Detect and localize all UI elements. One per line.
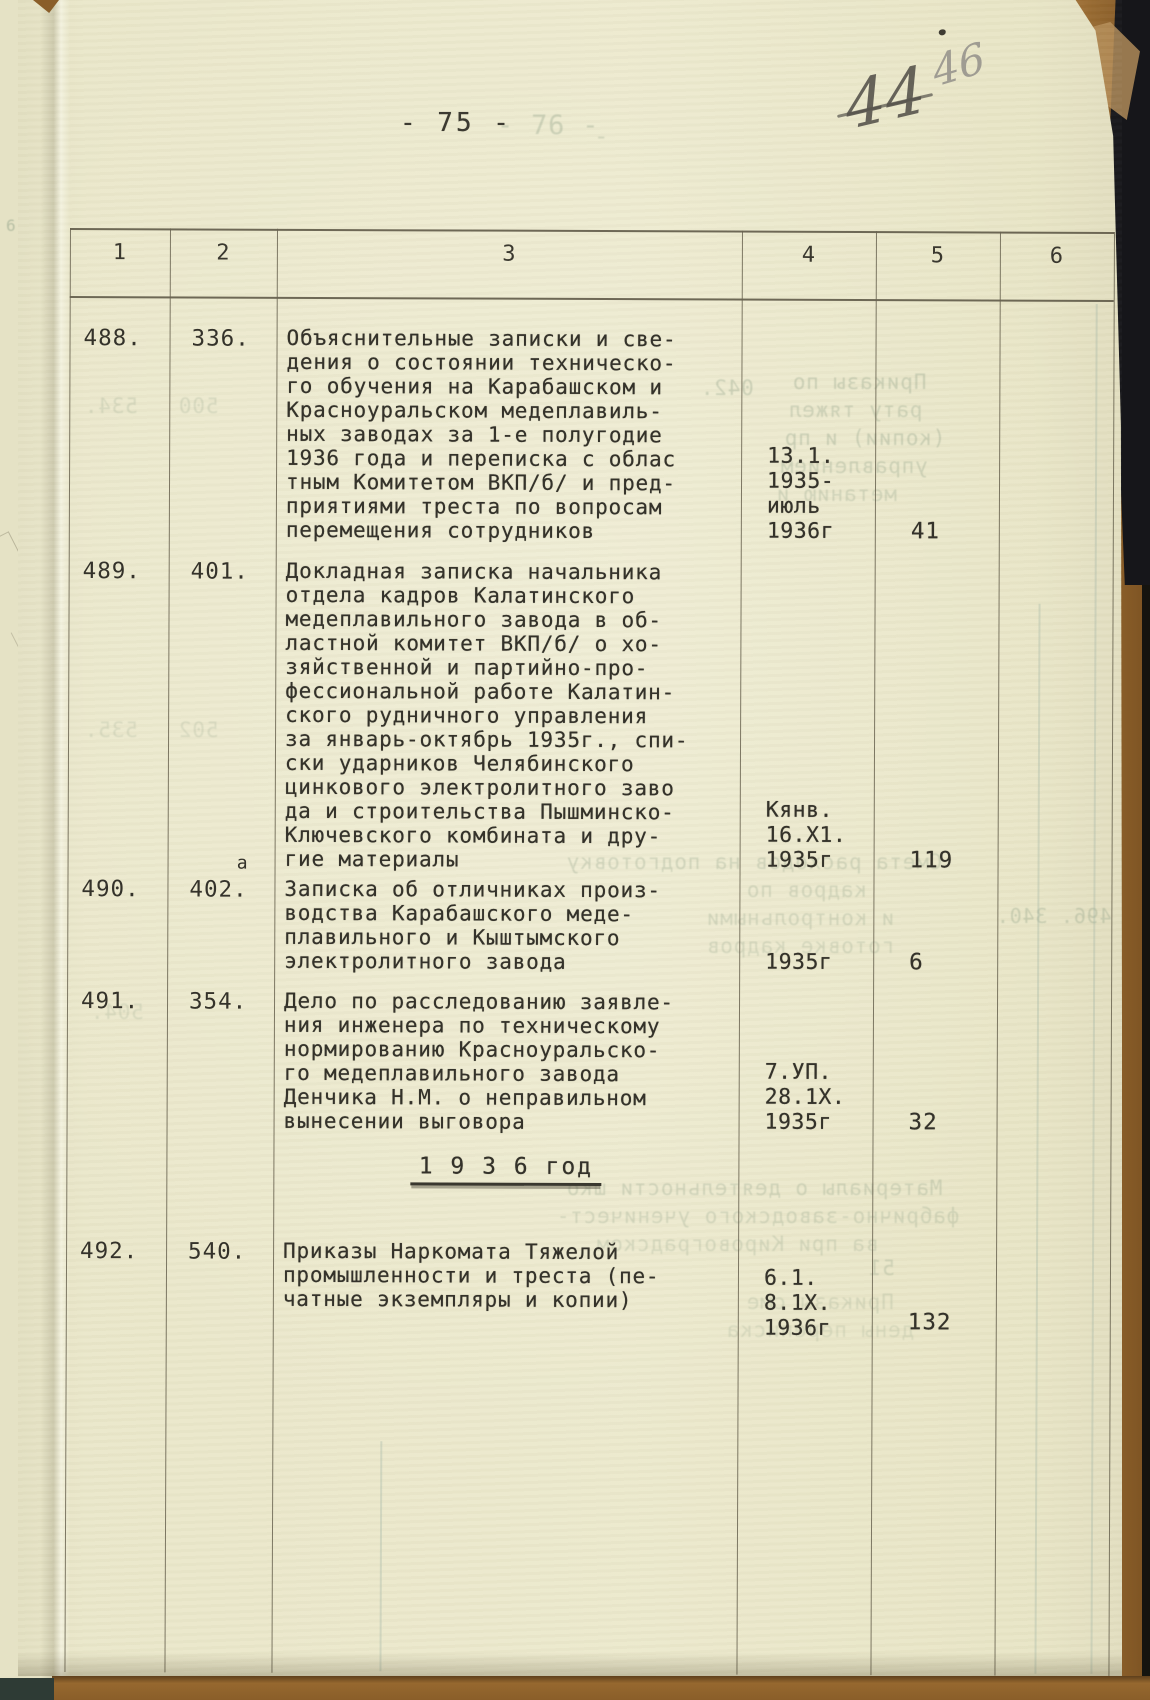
scanned-archive-page: - 76 --6500 534.042.Приказы порату тяжел… xyxy=(0,0,1150,1700)
column-header-4: 4 xyxy=(742,243,876,269)
entry-number-cell: 488. xyxy=(70,325,170,351)
column-header-2: 2 xyxy=(170,240,277,265)
book-cover-corner xyxy=(0,1678,54,1700)
header-divider-line xyxy=(70,296,1114,302)
entry-number-cell: 490. xyxy=(67,876,167,902)
column-header-5: 5 xyxy=(876,243,1000,268)
old-inventory-number-cell: а 402. xyxy=(167,876,274,902)
table-grid: 1 2 3 4 5 6 488. 336. Объяснительные зап… xyxy=(0,0,1150,1700)
entry-number-cell: 492. xyxy=(66,1238,166,1264)
sheet-count-cell: 41 xyxy=(875,518,999,544)
old-inventory-number-cell: 354. xyxy=(167,988,274,1014)
entry-number-cell: 489. xyxy=(69,558,169,584)
table-border-top xyxy=(70,228,1114,234)
old-inventory-number-cell: 540. xyxy=(166,1238,273,1264)
table-row: 488. 336. Объяснительные записки и све- … xyxy=(69,325,1114,545)
binding-edge-bottom xyxy=(52,1676,1150,1700)
table-header-row: 1 2 3 4 5 6 xyxy=(70,240,1114,269)
sheet-count-cell: 132 xyxy=(872,1309,996,1335)
dot-mark xyxy=(939,29,946,35)
old-inventory-number-cell: 336. xyxy=(170,325,277,351)
column-header-1: 1 xyxy=(70,240,170,265)
description-cell: Объяснительные записки и све- дения о со… xyxy=(276,326,742,544)
description-cell: Дело по расследованию заявле- ния инжене… xyxy=(274,989,740,1135)
dates-cell: 13.1. 1935- июль 1936г xyxy=(741,444,875,545)
column-header-3: 3 xyxy=(277,241,742,268)
superscript-letter: а xyxy=(237,853,249,874)
description-cell: Приказы Наркомата Тяжелой промышленности… xyxy=(273,1239,738,1313)
dates-cell: 1935г xyxy=(739,950,873,976)
year-section-heading: 1 9 3 6 год xyxy=(273,1153,738,1187)
dates-cell: Кянв. 16.X1. 1935г xyxy=(740,798,874,874)
sheet-count-cell: 6 xyxy=(873,949,997,975)
table-row: 490. а 402. Записка об отличниках произ-… xyxy=(67,876,1111,976)
bleedthrough-line xyxy=(379,1441,382,1671)
sheet-count-cell: 119 xyxy=(874,847,998,873)
entry-number-cell: 491. xyxy=(67,988,167,1014)
table-row: 489. 401. Докладная записка начальника о… xyxy=(68,558,1113,874)
description-cell: Записка об отличниках произ- водства Кар… xyxy=(274,877,739,975)
old-inventory-number-cell: 401. xyxy=(169,558,276,584)
dates-cell: 6.1. 8.1X. 1936г xyxy=(738,1266,872,1342)
table-row: 492. 540. Приказы Наркомата Тяжелой пром… xyxy=(66,1238,1110,1314)
sheet-count-cell: 32 xyxy=(873,1109,997,1135)
table-row: 491. 354. Дело по расследованию заявле- … xyxy=(67,988,1112,1136)
description-cell: Докладная записка начальника отдела кадр… xyxy=(275,559,741,873)
column-header-6: 6 xyxy=(1000,244,1114,269)
page-bottom-shadow xyxy=(18,1652,1122,1676)
dates-cell: 7.УП. 28.1X. 1935г xyxy=(739,1060,873,1136)
